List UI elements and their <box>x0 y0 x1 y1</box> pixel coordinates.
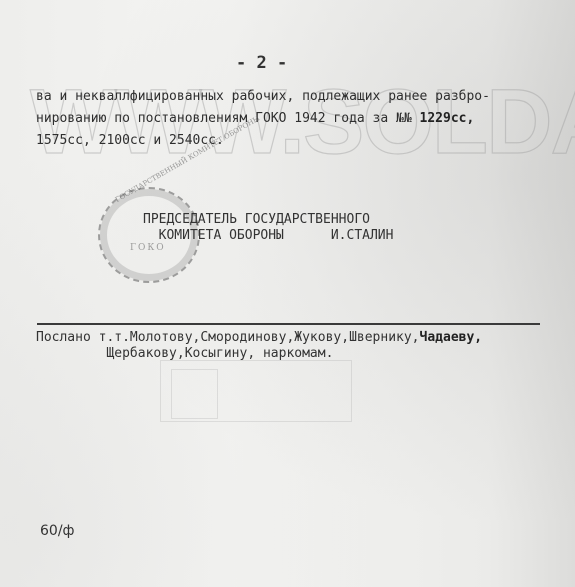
decree-number: 1229сс, <box>420 111 475 126</box>
page-number: - 2 - <box>236 53 287 73</box>
distribution-list: Послано т.т.Молотову,Смородинову,Жукову,… <box>36 330 482 362</box>
faint-stamp-box <box>171 369 218 419</box>
body-paragraph: ва и некваллфицированных рабочих, подлеж… <box>36 86 490 152</box>
divider-line <box>37 323 540 325</box>
stamp-center-text: ГОКО <box>130 243 166 253</box>
body-line-3: 1575сс, 2100сс и 2540сс. <box>36 133 224 148</box>
signature-title-line: ПРЕДСЕДАТЕЛЬ ГОСУДАРСТВЕННОГО <box>143 212 370 227</box>
signature-block: ПРЕДСЕДАТЕЛЬ ГОСУДАРСТВЕННОГО КОМИТЕТА О… <box>143 212 393 244</box>
body-line-1: ва и некваллфицированных рабочих, подлеж… <box>36 89 490 104</box>
distribution-line-2: Щербакову,Косыгину, наркомам. <box>36 346 333 361</box>
distribution-line-1: Послано т.т.Молотову,Смородинову,Жукову,… <box>36 330 482 345</box>
signature-name-line: КОМИТЕТА ОБОРОНЫ И.СТАЛИН <box>143 228 393 243</box>
footer-code: 60/ф <box>40 523 75 539</box>
faint-archive-stamp <box>160 360 352 422</box>
